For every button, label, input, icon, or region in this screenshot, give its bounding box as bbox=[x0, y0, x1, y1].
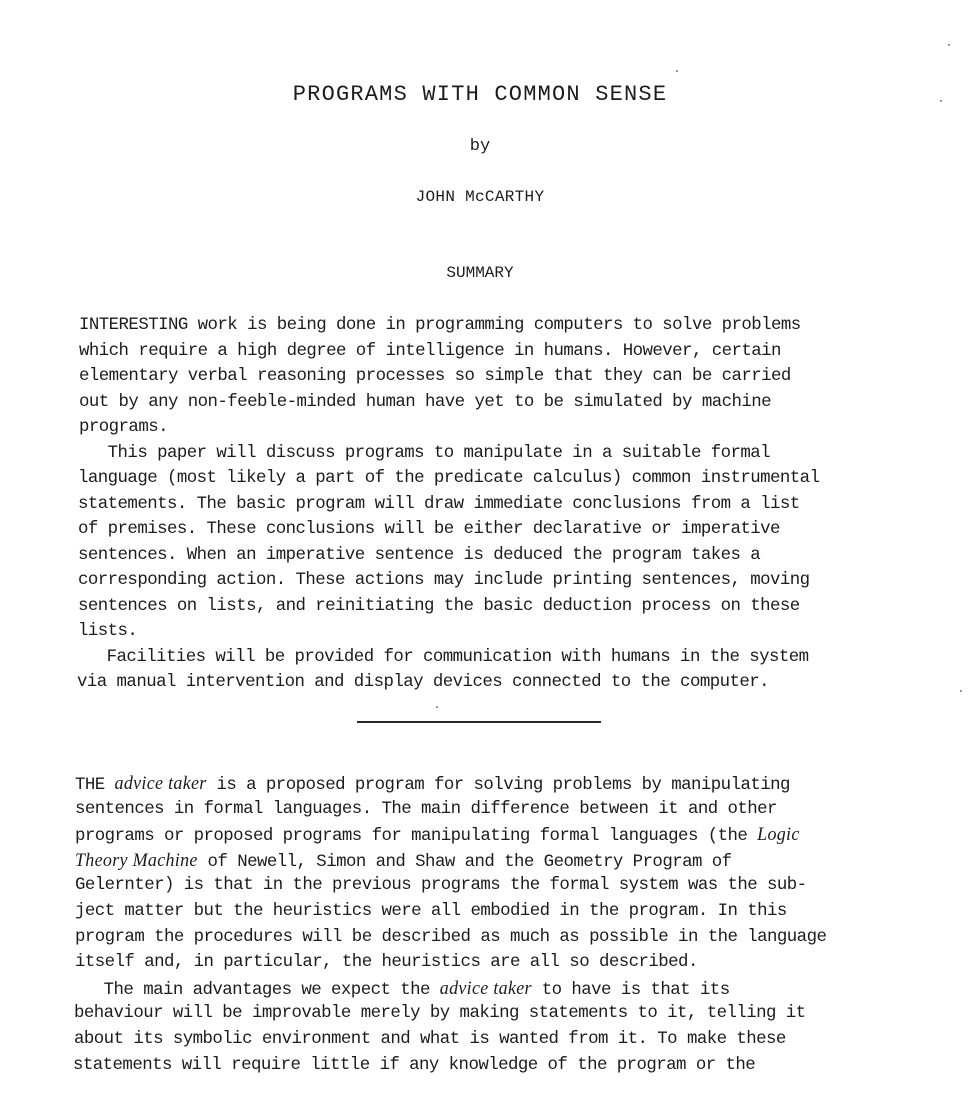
text-run: sentences in formal languages. The main … bbox=[75, 799, 777, 819]
italic-term: advice taker bbox=[440, 977, 532, 998]
summary-line: statements. The basic program will draw … bbox=[78, 491, 800, 517]
text-run: ject matter but the heuristics were all … bbox=[75, 902, 787, 922]
summary-line: sentences. When an imperative sentence i… bbox=[78, 542, 760, 568]
scan-speck bbox=[960, 690, 962, 692]
text-run: THE bbox=[75, 776, 115, 796]
byline: by bbox=[0, 137, 960, 156]
text-run: The main advantages we expect the bbox=[74, 981, 440, 1001]
text-run: program the procedures will be described… bbox=[75, 927, 826, 947]
scanned-page: PROGRAMS WITH COMMON SENSE by JOHN McCAR… bbox=[0, 0, 980, 1105]
text-run: Gelernter) is that in the previous progr… bbox=[75, 876, 807, 896]
paper-title: PROGRAMS WITH COMMON SENSE bbox=[0, 82, 960, 107]
summary-line: elementary verbal reasoning processes so… bbox=[79, 364, 791, 390]
summary-line: INTERESTING work is being done in progra… bbox=[79, 313, 801, 339]
summary-line: which require a high degree of intellige… bbox=[79, 338, 781, 364]
text-run: is a proposed program for solving proble… bbox=[207, 776, 790, 796]
text-run: programs or proposed programs for manipu… bbox=[75, 827, 757, 847]
body-line: sentences in formal languages. The main … bbox=[75, 796, 777, 822]
body-line: program the procedures will be described… bbox=[75, 924, 826, 950]
summary-line: sentences on lists, and reinitiating the… bbox=[78, 593, 800, 619]
scan-speck bbox=[436, 706, 438, 708]
italic-term: Logic bbox=[757, 824, 800, 845]
text-run: of Newell, Simon and Shaw and the Geomet… bbox=[198, 853, 732, 873]
body-line: ject matter but the heuristics were all … bbox=[75, 899, 787, 925]
body-line: THE advice taker is a proposed program f… bbox=[75, 771, 790, 799]
section-divider bbox=[357, 721, 601, 723]
text-run: to have is that its bbox=[532, 981, 730, 1001]
summary-line: of premises. These conclusions will be e… bbox=[78, 517, 780, 543]
author-name: JOHN McCARTHY bbox=[0, 188, 960, 206]
body-line: itself and, in particular, the heuristic… bbox=[75, 950, 698, 976]
body-line: programs or proposed programs for manipu… bbox=[75, 822, 800, 850]
summary-line: Facilities will be provided for communic… bbox=[77, 644, 809, 670]
text-run: itself and, in particular, the heuristic… bbox=[75, 953, 698, 973]
scan-speck bbox=[676, 70, 678, 72]
body-line: Theory Machine of Newell, Simon and Shaw… bbox=[75, 847, 732, 875]
summary-heading: SUMMARY bbox=[0, 264, 960, 282]
scan-speck bbox=[948, 44, 950, 46]
scan-speck bbox=[940, 100, 942, 102]
text-run: about its symbolic environment and what … bbox=[74, 1030, 786, 1050]
summary-line: This paper will discuss programs to mani… bbox=[78, 440, 770, 466]
summary-line: via manual intervention and display devi… bbox=[77, 670, 769, 696]
text-run: statements will require little if any kn… bbox=[73, 1055, 755, 1075]
summary-line: language (most likely a part of the pred… bbox=[78, 466, 819, 492]
body-line: Gelernter) is that in the previous progr… bbox=[75, 873, 807, 899]
summary-line: lists. bbox=[78, 619, 137, 645]
body-line: about its symbolic environment and what … bbox=[74, 1027, 786, 1053]
body-line: The main advantages we expect the advice… bbox=[74, 975, 730, 1003]
summary-line: corresponding action. These actions may … bbox=[78, 568, 810, 594]
summary-line: out by any non-feeble-minded human have … bbox=[79, 389, 771, 415]
body-line: behaviour will be improvable merely by m… bbox=[74, 1001, 806, 1027]
summary-line: programs. bbox=[79, 415, 168, 441]
text-run: behaviour will be improvable merely by m… bbox=[74, 1004, 806, 1024]
italic-term: advice taker bbox=[115, 773, 207, 794]
italic-term: Theory Machine bbox=[75, 849, 198, 870]
body-line: statements will require little if any kn… bbox=[73, 1052, 755, 1078]
